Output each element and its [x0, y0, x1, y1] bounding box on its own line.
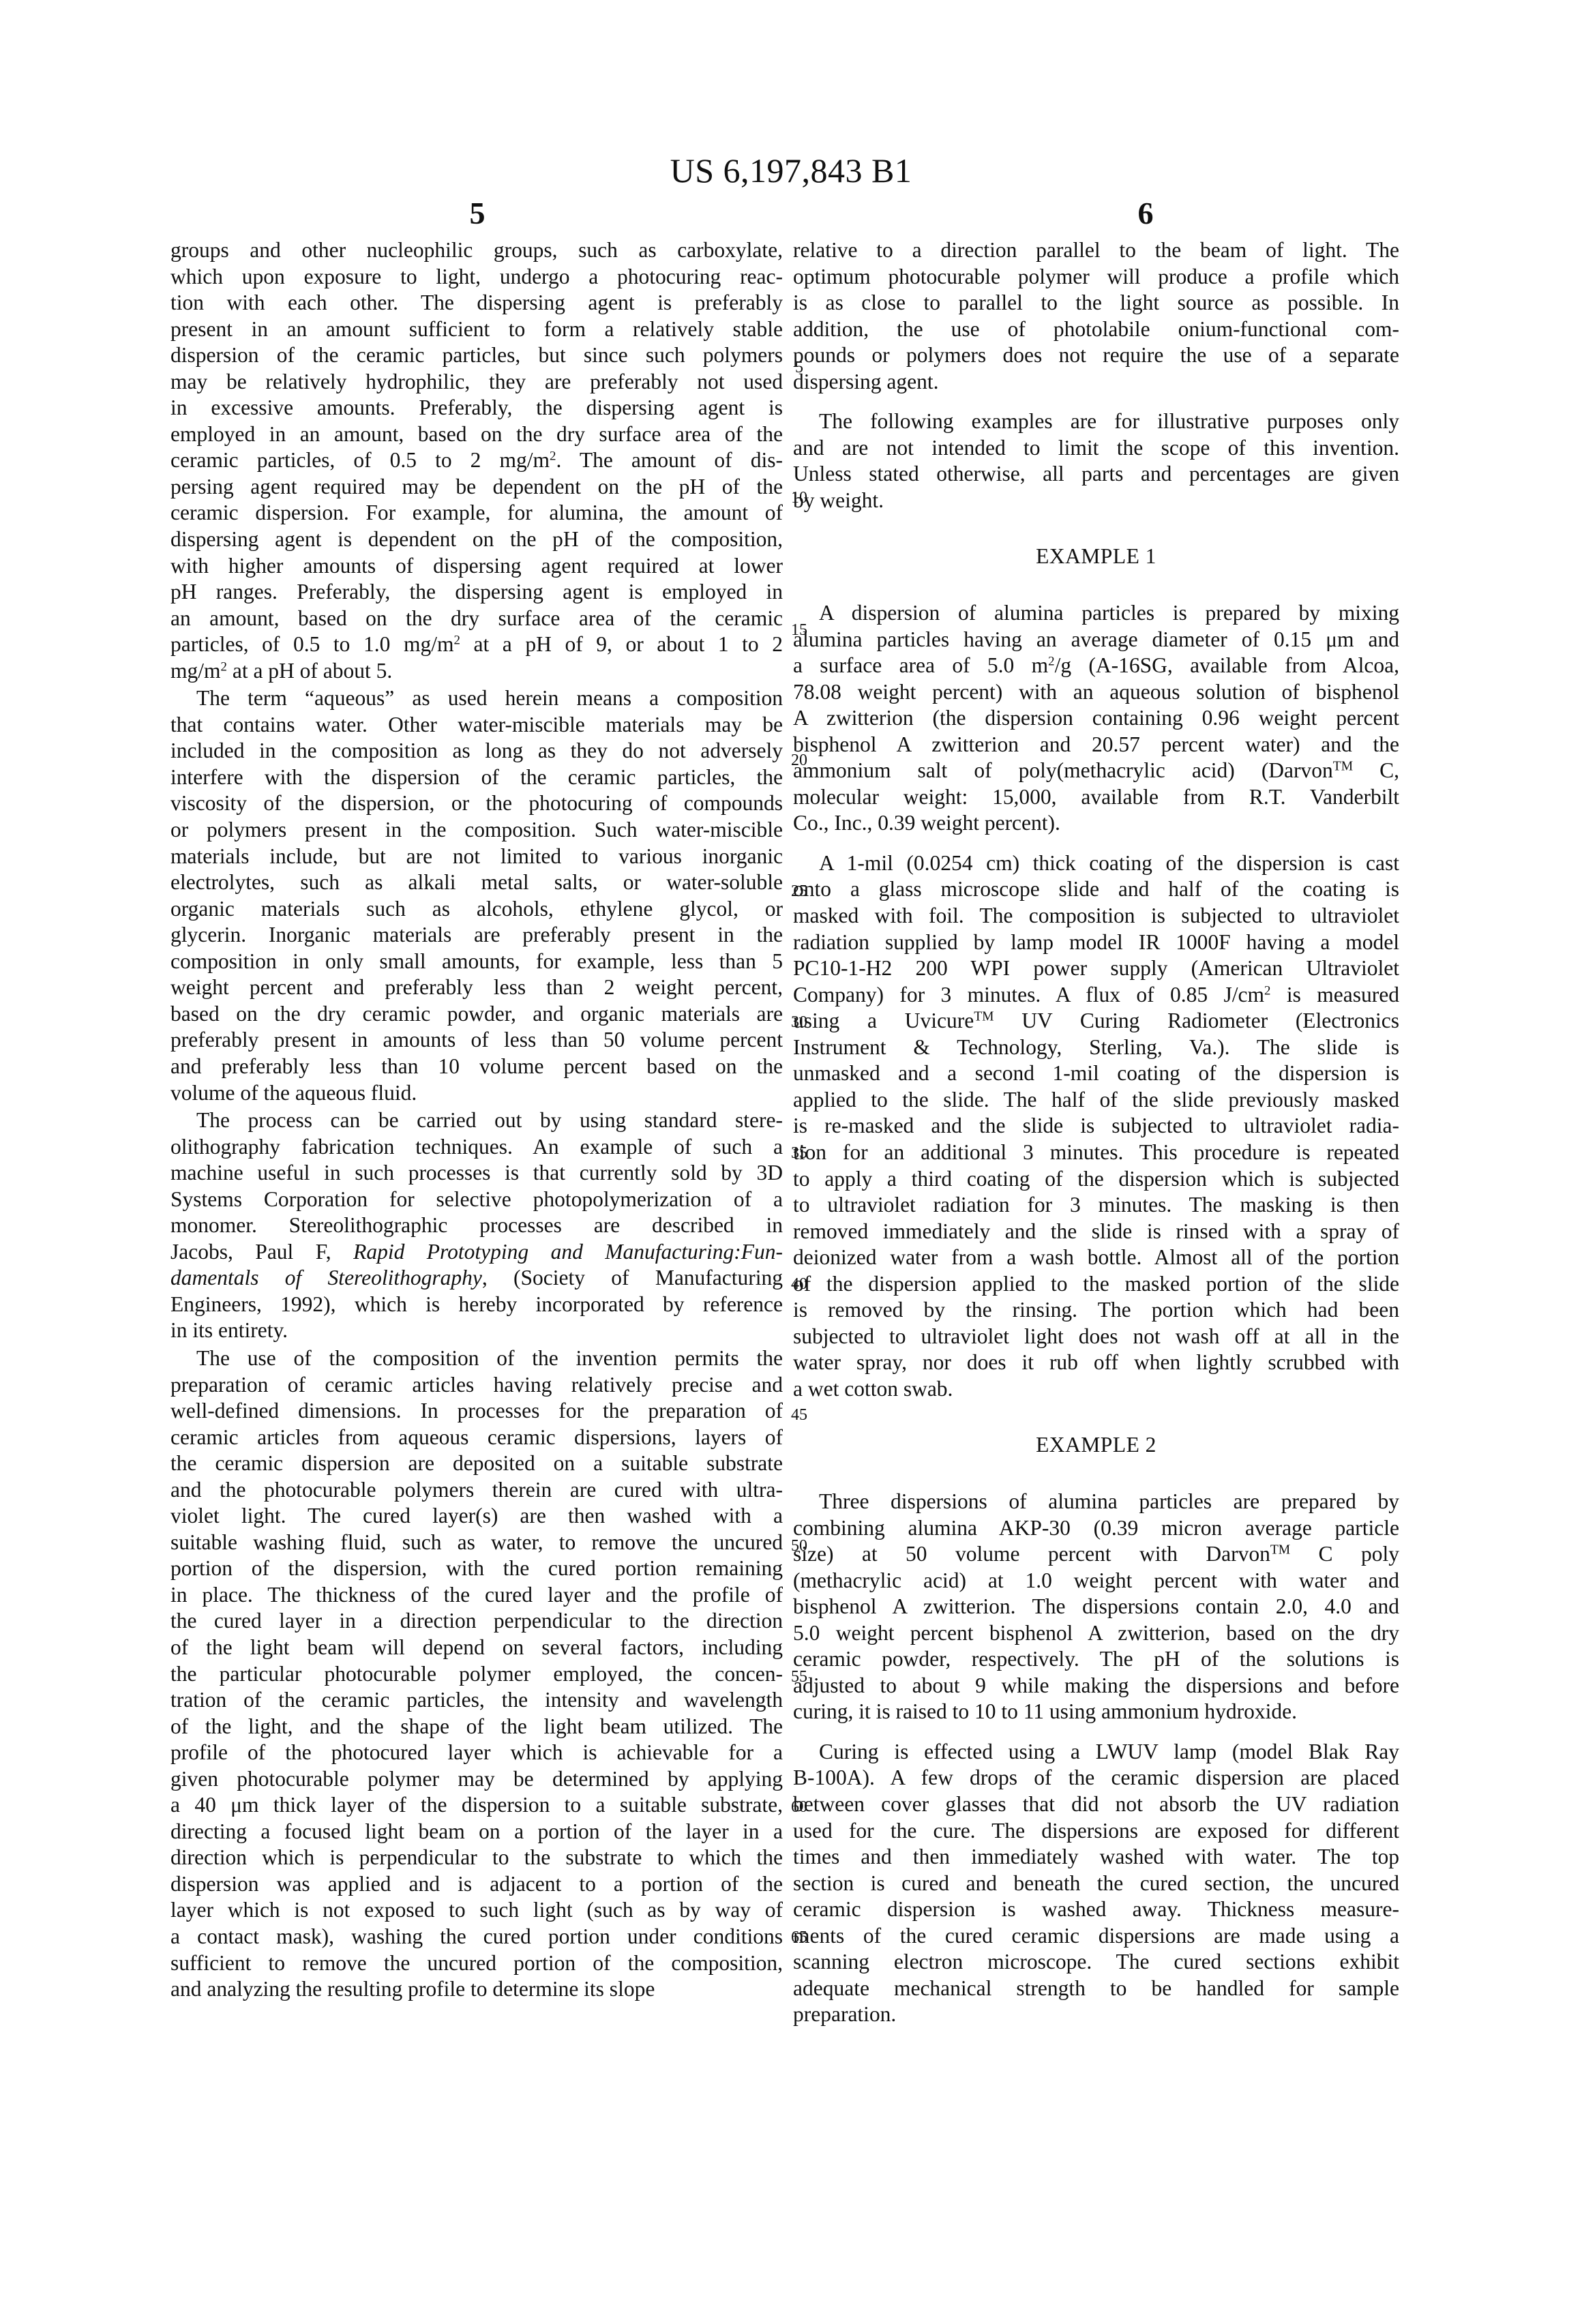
- text-line: ments of the cured ceramic dispersions a…: [793, 1923, 1399, 1950]
- text-line: to ultraviolet radiation for 3 minutes. …: [793, 1192, 1399, 1219]
- text-line: Instrument & Technology, Sterling, Va.).…: [793, 1034, 1399, 1061]
- text-line: Systems Corporation for selective photop…: [170, 1187, 783, 1213]
- text-line: dispersing agent.: [793, 369, 1399, 396]
- example-heading: EXAMPLE 2: [793, 1432, 1399, 1459]
- text-line: Engineers, 1992), which is hereby incorp…: [170, 1292, 783, 1318]
- text-line: by weight.: [793, 488, 1399, 514]
- spacer: [793, 1402, 1399, 1432]
- text-line: and are not intended to limit the scope …: [793, 435, 1399, 462]
- text-line: damentals of Stereolithography, (Society…: [170, 1265, 783, 1292]
- text-line: viscosity of the dispersion, or the phot…: [170, 790, 783, 817]
- text-line: which upon exposure to light, undergo a …: [170, 264, 783, 290]
- text-line: Co., Inc., 0.39 weight percent).: [793, 810, 1399, 837]
- paragraph: The term “aqueous” as used herein means …: [170, 685, 783, 1106]
- text-line: Three dispersions of alumina particles a…: [793, 1489, 1399, 1515]
- text-line: tion for an additional 3 minutes. This p…: [793, 1139, 1399, 1166]
- paragraph: Curing is effected using a LWUV lamp (mo…: [793, 1739, 1399, 2028]
- text-line: present in an amount sufficient to form …: [170, 316, 783, 343]
- text-line: and preferably less than 10 volume perce…: [170, 1054, 783, 1080]
- text-line: with higher amounts of dispersing agent …: [170, 553, 783, 580]
- text-line: relative to a direction parallel to the …: [793, 237, 1399, 264]
- text-line: deionized water from a wash bottle. Almo…: [793, 1245, 1399, 1271]
- text-line: times and then immediately washed with w…: [793, 1844, 1399, 1871]
- spacer: [793, 1459, 1399, 1489]
- text-line: 78.08 weight percent) with an aqueous so…: [793, 679, 1399, 706]
- text-line: molecular weight: 15,000, available from…: [793, 784, 1399, 811]
- patent-number-header: US 6,197,843 B1: [0, 151, 1582, 190]
- right-text-column: relative to a direction parallel to the …: [793, 237, 1399, 2028]
- text-line: or polymers present in the composition. …: [170, 817, 783, 844]
- text-line: Curing is effected using a LWUV lamp (mo…: [793, 1739, 1399, 1766]
- text-line: the ceramic dispersion are deposited on …: [170, 1450, 783, 1477]
- text-line: between cover glasses that did not absor…: [793, 1791, 1399, 1818]
- text-line: electrolytes, such as alkali metal salts…: [170, 869, 783, 896]
- paragraph: A dispersion of alumina particles is pre…: [793, 600, 1399, 837]
- text-line: The process can be carried out by using …: [170, 1107, 783, 1134]
- text-line: applied to the slide. The half of the sl…: [793, 1087, 1399, 1114]
- text-line: preparation of ceramic articles having r…: [170, 1372, 783, 1399]
- text-line: included in the composition as long as t…: [170, 738, 783, 764]
- text-line: A 1-mil (0.0254 cm) thick coating of the…: [793, 850, 1399, 877]
- text-line: groups and other nucleophilic groups, su…: [170, 237, 783, 264]
- text-line: the cured layer in a direction perpendic…: [170, 1608, 783, 1635]
- text-line: ceramic particles, of 0.5 to 2 mg/m2. Th…: [170, 447, 783, 474]
- text-line: ceramic dispersion is washed away. Thick…: [793, 1896, 1399, 1923]
- text-line: of the dispersion applied to the masked …: [793, 1271, 1399, 1298]
- text-line: and the photocurable polymers therein ar…: [170, 1477, 783, 1504]
- paragraph: The use of the composition of the invent…: [170, 1345, 783, 2003]
- text-line: well-defined dimensions. In processes fo…: [170, 1398, 783, 1425]
- text-line: pounds or polymers does not require the …: [793, 342, 1399, 369]
- text-line: glycerin. Inorganic materials are prefer…: [170, 922, 783, 949]
- text-line: A dispersion of alumina particles is pre…: [793, 600, 1399, 627]
- paragraph: Three dispersions of alumina particles a…: [793, 1489, 1399, 1725]
- text-line: adequate mechanical strength to be handl…: [793, 1976, 1399, 2002]
- text-line: direction which is perpendicular to the …: [170, 1845, 783, 1871]
- text-line: unmasked and a second 1-mil coating of t…: [793, 1060, 1399, 1087]
- text-line: bisphenol A zwitterion. The dispersions …: [793, 1594, 1399, 1620]
- text-line: addition, the use of photolabile onium-f…: [793, 316, 1399, 343]
- paragraph: relative to a direction parallel to the …: [793, 237, 1399, 395]
- text-line: curing, it is raised to 10 to 11 using a…: [793, 1699, 1399, 1725]
- text-line: section is cured and beneath the cured s…: [793, 1871, 1399, 1897]
- text-line: PC10-1-H2 200 WPI power supply (American…: [793, 955, 1399, 982]
- text-line: in its entirety.: [170, 1317, 783, 1344]
- text-line: (methacrylic acid) at 1.0 weight percent…: [793, 1568, 1399, 1594]
- text-line: machine useful in such processes is that…: [170, 1160, 783, 1187]
- text-line: olithography fabrication techniques. An …: [170, 1134, 783, 1161]
- text-line: particles, of 0.5 to 1.0 mg/m2 at a pH o…: [170, 631, 783, 658]
- text-line: persing agent required may be dependent …: [170, 474, 783, 501]
- text-line: sufficient to remove the uncured portion…: [170, 1950, 783, 1977]
- text-line: organic materials such as alcohols, ethy…: [170, 896, 783, 923]
- text-line: used for the cure. The dispersions are e…: [793, 1818, 1399, 1845]
- text-line: Company) for 3 minutes. A flux of 0.85 J…: [793, 982, 1399, 1009]
- text-line: ceramic dispersion. For example, for alu…: [170, 500, 783, 526]
- text-line: dispersion was applied and is adjacent t…: [170, 1871, 783, 1898]
- text-line: tion with each other. The dispersing age…: [170, 290, 783, 316]
- text-line: water spray, nor does it rub off when li…: [793, 1350, 1399, 1376]
- text-line: portion of the dispersion, with the cure…: [170, 1555, 783, 1582]
- spacer: [793, 837, 1399, 850]
- text-line: tration of the ceramic particles, the in…: [170, 1687, 783, 1714]
- text-line: 5.0 weight percent bisphenol A zwitterio…: [793, 1620, 1399, 1647]
- text-line: suitable washing fluid, such as water, t…: [170, 1530, 783, 1556]
- text-line: preferably present in amounts of less th…: [170, 1027, 783, 1054]
- spacer: [793, 1725, 1399, 1739]
- text-line: to apply a third coating of the dispersi…: [793, 1166, 1399, 1193]
- text-line: a wet cotton swab.: [793, 1376, 1399, 1403]
- text-line: preparation.: [793, 2001, 1399, 2028]
- text-line: profile of the photocured layer which is…: [170, 1740, 783, 1766]
- text-line: a surface area of 5.0 m2/g (A-16SG, avai…: [793, 653, 1399, 679]
- text-line: weight percent and preferably less than …: [170, 974, 783, 1001]
- text-line: A zwitterion (the dispersion containing …: [793, 705, 1399, 732]
- text-line: radiation supplied by lamp model IR 1000…: [793, 929, 1399, 956]
- text-line: is re-masked and the slide is subjected …: [793, 1113, 1399, 1139]
- text-line: in place. The thickness of the cured lay…: [170, 1582, 783, 1609]
- text-line: that contains water. Other water-miscibl…: [170, 712, 783, 739]
- text-line: employed in an amount, based on the dry …: [170, 421, 783, 448]
- text-line: using a UvicureTM UV Curing Radiometer (…: [793, 1008, 1399, 1034]
- text-line: Unless stated otherwise, all parts and p…: [793, 461, 1399, 488]
- text-line: interfere with the dispersion of the cer…: [170, 764, 783, 791]
- text-line: monomer. Stereolithographic processes ar…: [170, 1212, 783, 1239]
- text-line: in excessive amounts. Preferably, the di…: [170, 395, 783, 421]
- text-line: removed immediately and the slide is rin…: [793, 1219, 1399, 1245]
- text-line: dispersion of the ceramic particles, but…: [170, 342, 783, 369]
- text-line: a 40 μm thick layer of the dispersion to…: [170, 1792, 783, 1819]
- text-line: mg/m2 at a pH of about 5.: [170, 658, 783, 685]
- text-line: given photocurable polymer may be determ…: [170, 1766, 783, 1793]
- text-line: The following examples are for illustrat…: [793, 408, 1399, 435]
- text-line: violet light. The cured layer(s) are the…: [170, 1503, 783, 1530]
- left-text-column: groups and other nucleophilic groups, su…: [170, 237, 783, 2003]
- text-line: ceramic powder, respectively. The pH of …: [793, 1646, 1399, 1673]
- text-line: is as close to parallel to the light sou…: [793, 290, 1399, 316]
- text-line: is removed by the rinsing. The portion w…: [793, 1297, 1399, 1324]
- text-line: volume of the aqueous fluid.: [170, 1080, 783, 1107]
- paragraph: groups and other nucleophilic groups, su…: [170, 237, 783, 684]
- text-line: B-100A). A few drops of the ceramic disp…: [793, 1765, 1399, 1791]
- text-line: ceramic articles from aqueous ceramic di…: [170, 1425, 783, 1451]
- column-number-right: 6: [1111, 196, 1180, 230]
- text-line: adjusted to about 9 while making the dis…: [793, 1673, 1399, 1699]
- spacer: [793, 513, 1399, 543]
- text-line: subjected to ultraviolet light does not …: [793, 1324, 1399, 1350]
- text-line: the particular photocurable polymer empl…: [170, 1661, 783, 1688]
- text-line: The use of the composition of the invent…: [170, 1345, 783, 1372]
- text-line: directing a focused light beam on a port…: [170, 1819, 783, 1845]
- text-line: a contact mask), washing the cured porti…: [170, 1924, 783, 1950]
- text-line: scanning electron microscope. The cured …: [793, 1949, 1399, 1976]
- text-line: combining alumina AKP-30 (0.39 micron av…: [793, 1515, 1399, 1542]
- text-line: optimum photocurable polymer will produc…: [793, 264, 1399, 290]
- text-line: based on the dry ceramic powder, and org…: [170, 1001, 783, 1028]
- text-line: The term “aqueous” as used herein means …: [170, 685, 783, 712]
- text-line: alumina particles having an average diam…: [793, 627, 1399, 653]
- text-line: bisphenol A zwitterion and 20.57 percent…: [793, 732, 1399, 758]
- text-line: onto a glass microscope slide and half o…: [793, 876, 1399, 903]
- text-line: may be relatively hydrophilic, they are …: [170, 369, 783, 396]
- paragraph: A 1-mil (0.0254 cm) thick coating of the…: [793, 850, 1399, 1402]
- column-number-left: 5: [443, 196, 511, 230]
- spacer: [793, 395, 1399, 408]
- text-line: layer which is not exposed to such light…: [170, 1897, 783, 1924]
- text-line: dispersing agent is dependent on the pH …: [170, 526, 783, 553]
- text-line: of the light beam will depend on several…: [170, 1635, 783, 1661]
- text-line: size) at 50 volume percent with DarvonTM…: [793, 1541, 1399, 1568]
- text-line: an amount, based on the dry surface area…: [170, 606, 783, 632]
- text-line: materials include, but are not limited t…: [170, 844, 783, 870]
- text-line: ammonium salt of poly(methacrylic acid) …: [793, 758, 1399, 784]
- text-line: Jacobs, Paul F, Rapid Prototyping and Ma…: [170, 1239, 783, 1266]
- paragraph: The following examples are for illustrat…: [793, 408, 1399, 513]
- example-heading: EXAMPLE 1: [793, 543, 1399, 570]
- text-line: composition in only small amounts, for e…: [170, 949, 783, 975]
- text-line: pH ranges. Preferably, the dispersing ag…: [170, 579, 783, 606]
- text-line: of the light, and the shape of the light…: [170, 1714, 783, 1740]
- text-line: masked with foil. The composition is sub…: [793, 903, 1399, 929]
- text-line: and analyzing the resulting profile to d…: [170, 1976, 783, 2003]
- paragraph: The process can be carried out by using …: [170, 1107, 783, 1344]
- spacer: [793, 570, 1399, 600]
